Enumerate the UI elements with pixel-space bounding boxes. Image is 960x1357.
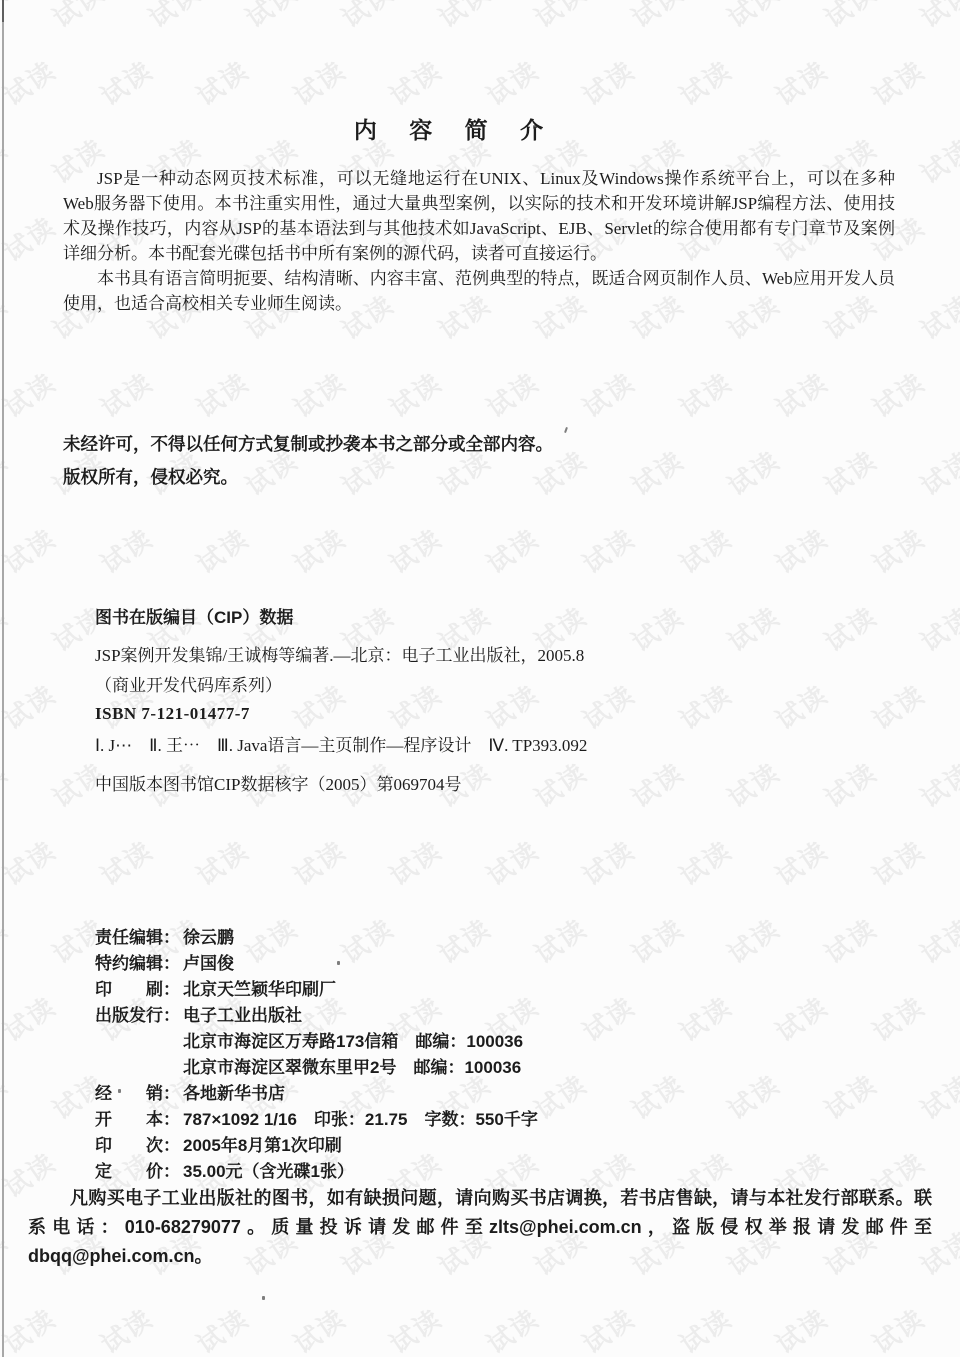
trial-read-watermark: 试读	[0, 51, 63, 113]
trial-read-watermark: 试读	[912, 441, 960, 503]
colophon-value: 787×1092 1/16 印张：21.75 字数：550千字	[183, 1107, 538, 1133]
trial-read-watermark: 试读	[0, 675, 63, 737]
trial-read-watermark: 试读	[381, 363, 448, 425]
colophon-label: 经 销：	[95, 1081, 183, 1107]
colophon-row: 印 刷： 北京天竺颖华印刷厂	[95, 977, 875, 1003]
colophon-value: 徐云鹏	[183, 925, 234, 951]
colophon-row: 印 次： 2005年8月第1次印刷	[95, 1133, 875, 1159]
trial-read-watermark: 试读	[912, 285, 960, 347]
colophon-value: 35.00元（含光碟1张）	[183, 1159, 354, 1185]
trial-read-watermark: 试读	[285, 519, 352, 581]
intro-paragraph: JSP是一种动态网页技术标准，可以无缝地运行在UNIX、Linux及Window…	[63, 166, 895, 266]
page-title: 内 容 简 介	[0, 112, 910, 145]
trial-read-watermark: 试读	[767, 1299, 834, 1357]
scan-speck	[118, 1089, 121, 1093]
trial-read-watermark: 试读	[0, 363, 63, 425]
colophon-label: 印 刷：	[95, 977, 183, 1003]
trial-read-watermark: 试读	[864, 675, 931, 737]
trial-read-watermark: 试读	[574, 51, 641, 113]
trial-read-watermark: 试读	[92, 1299, 159, 1357]
trial-read-watermark: 试读	[478, 831, 545, 893]
colophon-label: 特约编辑：	[95, 951, 183, 977]
colophon-value: 北京天竺颖华印刷厂	[183, 977, 336, 1003]
trial-read-watermark: 试读	[285, 831, 352, 893]
cip-isbn: ISBN 7-121-01477-7	[95, 701, 855, 727]
colophon-row: 北京市海淀区翠微东里甲2号 邮编：100036	[95, 1055, 875, 1081]
trial-read-watermark: 试读	[188, 831, 255, 893]
scanned-book-copyright-page: 试读试读试读试读试读试读试读试读试读试读试读试读试读试读试读试读试读试读试读试读…	[0, 0, 960, 1357]
colophon-row: 责任编辑： 徐云鹏	[95, 925, 875, 951]
cip-section: 图书在版编目（CIP）数据 JSP案例开发集锦/王诚梅等编著.—北京：电子工业出…	[95, 605, 855, 798]
trial-read-watermark: 试读	[0, 519, 63, 581]
trial-read-watermark: 试读	[574, 1299, 641, 1357]
trial-read-watermark: 试读	[671, 519, 738, 581]
colophon-row: 北京市海淀区万寿路173信箱 邮编：100036	[95, 1029, 875, 1055]
trial-read-watermark: 试读	[574, 519, 641, 581]
scan-speck	[337, 961, 340, 965]
trial-read-watermark: 试读	[864, 51, 931, 113]
trial-read-watermark: 试读	[478, 51, 545, 113]
cip-heading: 图书在版编目（CIP）数据	[95, 605, 855, 631]
trial-read-watermark: 试读	[574, 363, 641, 425]
colophon-label	[95, 1055, 183, 1081]
cip-entry: JSP案例开发集锦/王诚梅等编著.—北京：电子工业出版社，2005.8	[95, 643, 855, 669]
copyright-notice: 未经许可，不得以任何方式复制或抄袭本书之部分或全部内容。 版权所有，侵权必究。	[63, 428, 763, 494]
colophon-row: 特约编辑： 卢国俊	[95, 951, 875, 977]
trial-read-watermark: 试读	[430, 0, 497, 35]
trial-read-watermark: 试读	[912, 753, 960, 815]
colophon-label: 责任编辑：	[95, 925, 183, 951]
trial-read-watermark: 试读	[816, 0, 883, 35]
copyright-line: 版权所有，侵权必究。	[63, 461, 763, 494]
colophon-label: 出版发行：	[95, 1003, 183, 1029]
trial-read-watermark: 试读	[381, 51, 448, 113]
trial-read-watermark: 试读	[140, 0, 207, 35]
colophon-row: 定 价： 35.00元（含光碟1张）	[95, 1159, 875, 1185]
trial-read-watermark: 试读	[381, 1299, 448, 1357]
trial-read-watermark: 试读	[767, 831, 834, 893]
colophon-section: 责任编辑： 徐云鹏 特约编辑： 卢国俊 印 刷： 北京天竺颖华印刷厂 出版发行：…	[95, 925, 875, 1185]
trial-read-watermark: 试读	[188, 363, 255, 425]
trial-read-watermark: 试读	[526, 0, 593, 35]
trial-read-watermark: 试读	[864, 831, 931, 893]
trial-read-watermark: 试读	[0, 987, 63, 1049]
trial-read-watermark: 试读	[188, 51, 255, 113]
trial-read-watermark: 试读	[285, 363, 352, 425]
trial-read-watermark: 试读	[912, 597, 960, 659]
trial-read-watermark: 试读	[671, 51, 738, 113]
trial-read-watermark: 试读	[864, 519, 931, 581]
trial-read-watermark: 试读	[381, 519, 448, 581]
trial-read-watermark: 试读	[671, 831, 738, 893]
cip-classification: Ⅰ. J⋯ Ⅱ. 王⋯ Ⅲ. Java语言—主页制作—程序设计 Ⅳ. TP393…	[95, 733, 855, 759]
trial-read-watermark: 试读	[188, 519, 255, 581]
trial-read-watermark: 试读	[912, 909, 960, 971]
intro-section: JSP是一种动态网页技术标准，可以无缝地运行在UNIX、Linux及Window…	[63, 166, 895, 316]
colophon-value: 电子工业出版社	[183, 1003, 302, 1029]
colophon-value: 北京市海淀区万寿路173信箱 邮编：100036	[183, 1029, 523, 1055]
colophon-value: 卢国俊	[183, 951, 234, 977]
colophon-row: 出版发行： 电子工业出版社	[95, 1003, 875, 1029]
trial-read-watermark: 试读	[333, 0, 400, 35]
trial-read-watermark: 试读	[92, 831, 159, 893]
trial-read-watermark: 试读	[285, 1299, 352, 1357]
trial-read-watermark: 试读	[0, 207, 63, 269]
colophon-row: 开 本： 787×1092 1/16 印张：21.75 字数：550千字	[95, 1107, 875, 1133]
scan-edge-line	[2, 0, 4, 1357]
colophon-value: 各地新华书店	[183, 1081, 285, 1107]
cip-record: 中国版本图书馆CIP数据核字（2005）第069704号	[95, 772, 855, 798]
trial-read-watermark: 试读	[912, 1065, 960, 1127]
trial-read-watermark: 试读	[478, 1299, 545, 1357]
colophon-row: 经 销： 各地新华书店	[95, 1081, 875, 1107]
trial-read-watermark: 试读	[912, 129, 960, 191]
trial-read-watermark: 试读	[864, 1299, 931, 1357]
purchase-notice: 凡购买电子工业出版社的图书，如有缺损问题，请向购买书店调换，若书店售缺，请与本社…	[28, 1184, 932, 1271]
trial-read-watermark: 试读	[767, 363, 834, 425]
intro-paragraph: 本书具有语言简明扼要、结构清晰、内容丰富、范例典型的特点，既适合网页制作人员、W…	[63, 266, 895, 316]
trial-read-watermark: 试读	[623, 0, 690, 35]
trial-read-watermark: 试读	[816, 441, 883, 503]
colophon-value: 北京市海淀区翠微东里甲2号 邮编：100036	[183, 1055, 521, 1081]
trial-read-watermark: 试读	[671, 1299, 738, 1357]
trial-read-watermark: 试读	[671, 363, 738, 425]
trial-read-watermark: 试读	[767, 51, 834, 113]
trial-read-watermark: 试读	[719, 0, 786, 35]
trial-read-watermark: 试读	[478, 363, 545, 425]
trial-read-watermark: 试读	[92, 51, 159, 113]
scan-edge-line-dark	[2, 0, 4, 22]
trial-read-watermark: 试读	[864, 363, 931, 425]
scan-speck	[533, 125, 536, 129]
trial-read-watermark: 试读	[574, 831, 641, 893]
trial-read-watermark: 试读	[92, 363, 159, 425]
colophon-label	[95, 1029, 183, 1055]
colophon-label: 印 次：	[95, 1133, 183, 1159]
trial-read-watermark: 试读	[912, 0, 960, 35]
copyright-line: 未经许可，不得以任何方式复制或抄袭本书之部分或全部内容。	[63, 428, 763, 461]
trial-read-watermark: 试读	[285, 51, 352, 113]
cip-series: （商业开发代码库系列）	[95, 673, 855, 699]
trial-read-watermark: 试读	[0, 1299, 63, 1357]
colophon-label: 定 价：	[95, 1159, 183, 1185]
scan-speck	[262, 1296, 265, 1300]
trial-read-watermark: 试读	[381, 831, 448, 893]
trial-read-watermark: 试读	[44, 0, 111, 35]
colophon-label: 开 本：	[95, 1107, 183, 1133]
trial-read-watermark: 试读	[767, 519, 834, 581]
trial-read-watermark: 试读	[478, 519, 545, 581]
trial-read-watermark: 试读	[188, 1299, 255, 1357]
trial-read-watermark: 试读	[92, 519, 159, 581]
trial-read-watermark: 试读	[237, 0, 304, 35]
trial-read-watermark: 试读	[0, 831, 63, 893]
colophon-value: 2005年8月第1次印刷	[183, 1133, 342, 1159]
